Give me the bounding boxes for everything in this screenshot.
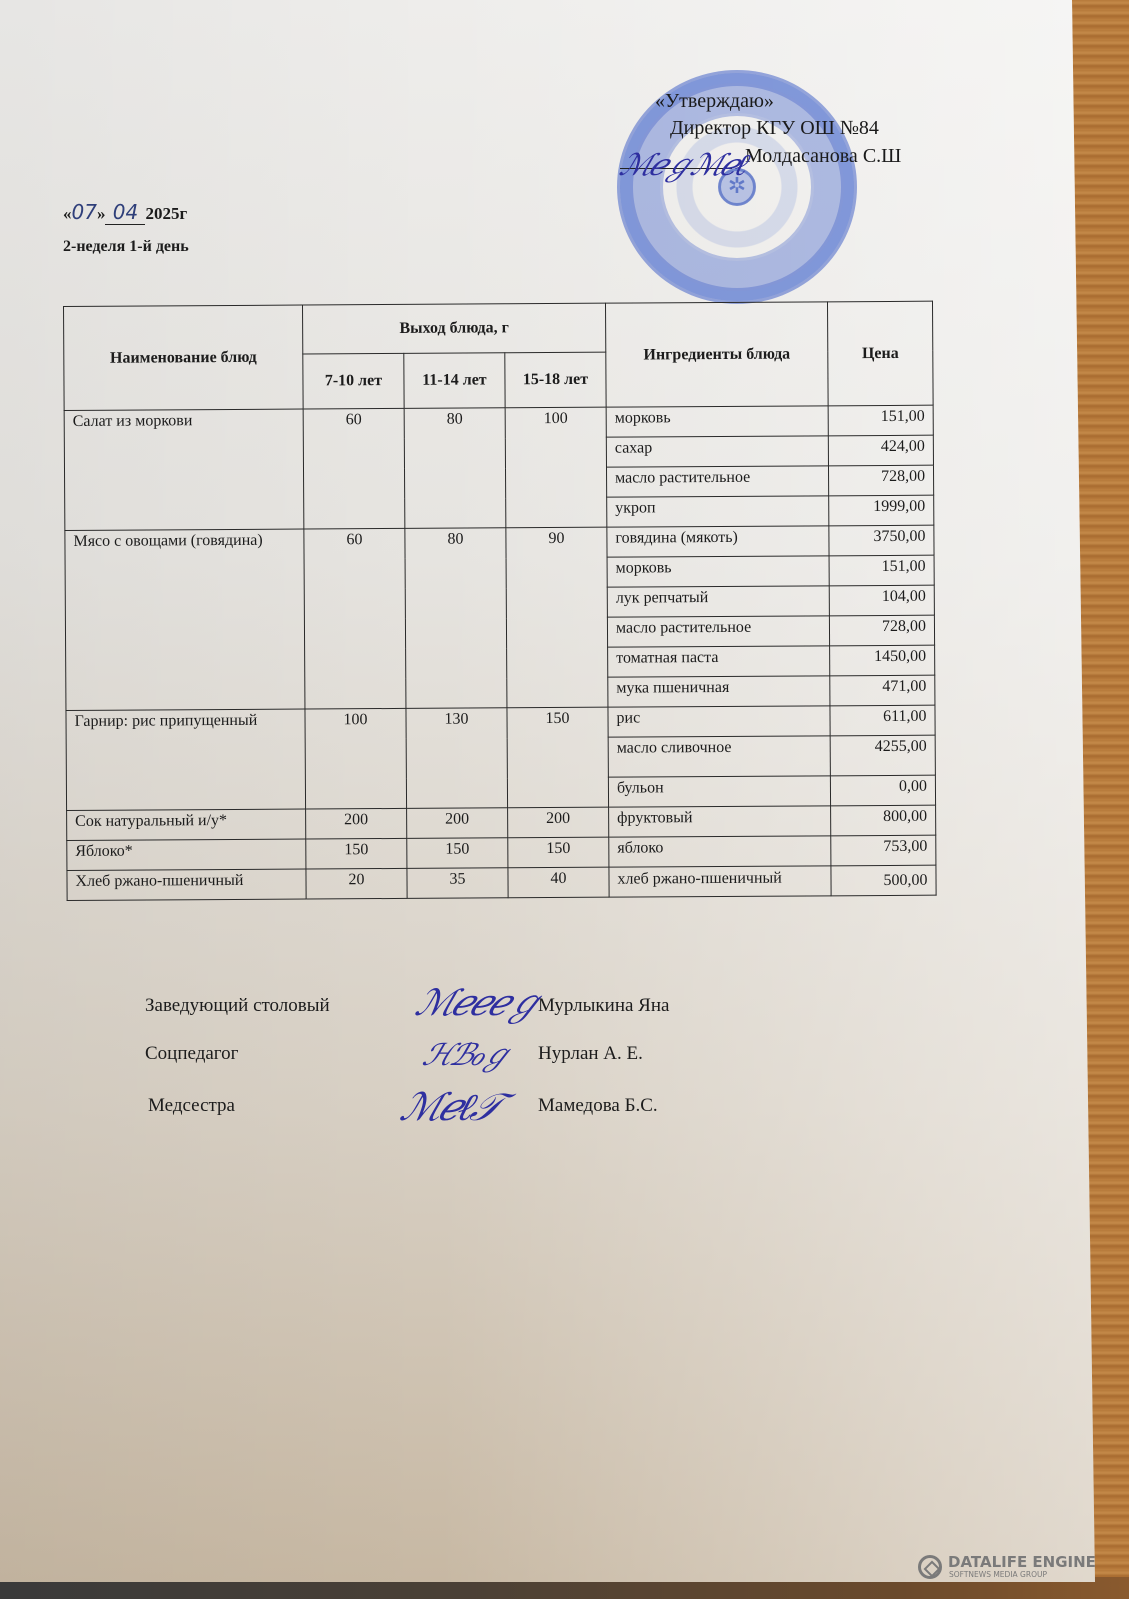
header-price: Цена — [827, 301, 933, 406]
signature-icon: ℳℯℯℯℊ — [410, 975, 550, 1026]
approval-title: «Утверждаю» — [655, 88, 774, 114]
header-ingredients: Ингредиенты блюда — [605, 302, 828, 407]
datalife-logo-icon — [918, 1555, 942, 1579]
ingredient-price: 4255,00 — [830, 735, 935, 776]
ingredient-name: хлеб ржано-пшеничный — [609, 866, 831, 897]
dish-yield: 35 — [407, 868, 508, 899]
ingredient-name: мука пшеничная — [608, 676, 830, 707]
signer-name: Нурлан А. Е. — [538, 1043, 643, 1065]
ingredient-price: 1450,00 — [830, 645, 935, 676]
signature-icon: ℋℬℴℊ — [418, 1030, 517, 1074]
ingredient-name: бульон — [608, 776, 830, 807]
signer-role: Соцпедагог — [145, 1043, 238, 1065]
dish-yield: 150 — [407, 838, 508, 869]
dish-yield: 60 — [303, 408, 405, 529]
ingredient-price: 728,00 — [828, 465, 933, 496]
ingredient-price: 471,00 — [830, 675, 935, 706]
ingredient-name: яблоко — [609, 836, 831, 867]
header-age-7-10: 7-10 лет — [303, 353, 404, 409]
dish-yield: 200 — [306, 808, 407, 839]
ingredient-name: масло сливочное — [608, 736, 830, 777]
ingredient-name: морковь — [607, 556, 829, 587]
dish-yield: 200 — [407, 808, 508, 839]
ingredient-price: 3750,00 — [829, 525, 934, 556]
dish-yield: 80 — [405, 528, 507, 709]
ingredient-price: 1999,00 — [829, 495, 934, 526]
ingredient-price: 424,00 — [828, 435, 933, 466]
ingredient-price: 611,00 — [830, 705, 935, 736]
ingredient-name: рис — [608, 706, 830, 737]
dish-yield: 150 — [508, 837, 609, 868]
dish-name: Сок натуральный и/у* — [67, 809, 306, 840]
ingredient-name: лук репчатый — [607, 586, 829, 617]
signer-role: Заведующий столовый — [145, 995, 330, 1017]
dish-name: Яблоко* — [67, 839, 306, 870]
document-date: «07»042025г — [63, 200, 187, 225]
ingredient-name: морковь — [606, 406, 828, 437]
header-age-11-14: 11-14 лет — [404, 353, 505, 409]
dish-yield: 100 — [305, 708, 407, 809]
ingredient-name: масло растительное — [607, 616, 829, 647]
ingredient-price: 151,00 — [828, 405, 933, 436]
date-year: 2025г — [145, 204, 187, 223]
signature-icon: ℳℯℓ𝒯 — [395, 1085, 506, 1130]
dish-name: Салат из моркови — [64, 409, 304, 530]
ingredient-price: 151,00 — [829, 555, 934, 586]
director-signature-icon: ℳℯℊℳℯℓ — [615, 140, 753, 184]
date-day: 07 — [72, 200, 97, 224]
ingredient-name: сахар — [606, 436, 828, 467]
dish-yield: 60 — [304, 528, 406, 709]
dish-name: Мясо с овощами (говядина) — [65, 529, 305, 710]
ingredient-price: 0,00 — [830, 775, 935, 806]
dish-yield: 40 — [508, 867, 609, 898]
ingredient-price: 500,00 — [831, 865, 936, 896]
dish-yield: 200 — [508, 807, 609, 838]
dish-name: Хлеб ржано-пшеничный — [67, 869, 306, 900]
header-dish-name: Наименование блюд — [64, 305, 304, 410]
menu-table-body: Салат из моркови6080100морковь151,00саха… — [64, 405, 936, 900]
dish-yield: 80 — [404, 408, 506, 529]
signer-name: Мамедова Б.С. — [538, 1095, 658, 1117]
table-row: Хлеб ржано-пшеничный203540хлеб ржано-пше… — [67, 865, 936, 900]
signer-role: Медсестра — [148, 1095, 235, 1117]
ingredient-price: 104,00 — [829, 585, 934, 616]
signer-name: Мурлыкина Яна — [538, 995, 669, 1017]
dish-yield: 100 — [505, 407, 607, 528]
header-yield: Выход блюда, г — [302, 303, 605, 354]
header-age-15-18: 15-18 лет — [505, 352, 606, 408]
dish-yield: 90 — [506, 527, 608, 708]
ingredient-name: укроп — [607, 496, 829, 527]
approval-name: Молдасанова С.Ш — [745, 143, 901, 169]
approval-position: Директор КГУ ОШ №84 — [670, 115, 879, 141]
dish-yield: 150 — [507, 707, 609, 808]
ingredient-name: говядина (мякоть) — [607, 526, 829, 557]
ingredient-price: 728,00 — [829, 615, 934, 646]
week-day-label: 2-неделя 1-й день — [63, 238, 189, 256]
dish-name: Гарнир: рис припущенный — [66, 709, 306, 810]
ingredient-price: 753,00 — [831, 835, 936, 866]
menu-table: Наименование блюд Выход блюда, г Ингреди… — [63, 301, 937, 901]
ingredient-name: томатная паста — [608, 646, 830, 677]
watermark-title: DATALIFE ENGINE — [948, 1553, 1096, 1571]
dish-yield: 20 — [306, 868, 407, 899]
watermark-subtitle: SOFTNEWS MEDIA GROUP — [949, 1570, 1047, 1579]
dish-yield: 150 — [306, 838, 407, 869]
ingredient-name: фруктовый — [609, 806, 831, 837]
dish-yield: 130 — [406, 708, 508, 809]
date-month: 04 — [113, 200, 138, 224]
ingredient-name: масло растительное — [606, 466, 828, 497]
ingredient-price: 800,00 — [831, 805, 936, 836]
